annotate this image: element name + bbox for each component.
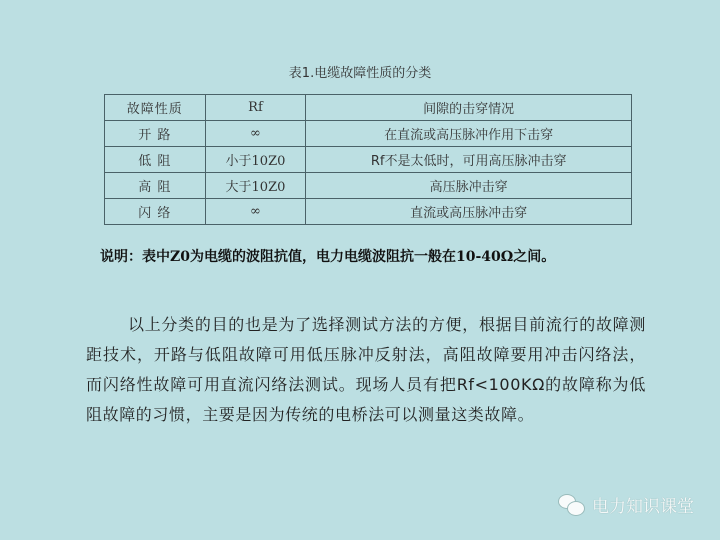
watermark-text: 电力知识课堂 (592, 492, 694, 517)
cell-rf: 小于10Z0 (205, 147, 306, 173)
cell-breakdown: 高压脉冲击穿 (306, 173, 632, 199)
table-caption: 表1.电缆故障性质的分类 (0, 62, 720, 81)
cell-rf: 大于10Z0 (205, 173, 306, 199)
fault-classification-table: 故障性质 Rf 间隙的击穿情况 开 路 ∞ 在直流或高压脉冲作用下击穿 低 阻 … (104, 94, 632, 225)
watermark: 电力知识课堂 (558, 492, 694, 517)
table-header-row: 故障性质 Rf 间隙的击穿情况 (105, 95, 632, 121)
table-note: 说明：表中Z0为电缆的波阻抗值，电力电缆波阻抗一般在10-40Ω之间。 (100, 246, 650, 268)
table-row: 闪 络 ∞ 直流或高压脉冲击穿 (105, 199, 632, 225)
cell-fault-type: 低 阻 (105, 147, 206, 173)
cell-fault-type: 闪 络 (105, 199, 206, 225)
cell-breakdown: 在直流或高压脉冲作用下击穿 (306, 121, 632, 147)
table-row: 开 路 ∞ 在直流或高压脉冲作用下击穿 (105, 121, 632, 147)
cell-breakdown: Rf不是太低时，可用高压脉冲击穿 (306, 147, 632, 173)
header-rf: Rf (205, 95, 306, 121)
wechat-icon (558, 494, 586, 516)
header-fault-type: 故障性质 (105, 95, 206, 121)
body-paragraph: 以上分类的目的也是为了选择测试方法的方便，根据目前流行的故障测距技术，开路与低阻… (86, 310, 646, 430)
cell-fault-type: 开 路 (105, 121, 206, 147)
table-row: 高 阻 大于10Z0 高压脉冲击穿 (105, 173, 632, 199)
cell-rf: ∞ (205, 199, 306, 225)
table-row: 低 阻 小于10Z0 Rf不是太低时，可用高压脉冲击穿 (105, 147, 632, 173)
cell-rf: ∞ (205, 121, 306, 147)
cell-fault-type: 高 阻 (105, 173, 206, 199)
cell-breakdown: 直流或高压脉冲击穿 (306, 199, 632, 225)
header-gap-breakdown: 间隙的击穿情况 (306, 95, 632, 121)
